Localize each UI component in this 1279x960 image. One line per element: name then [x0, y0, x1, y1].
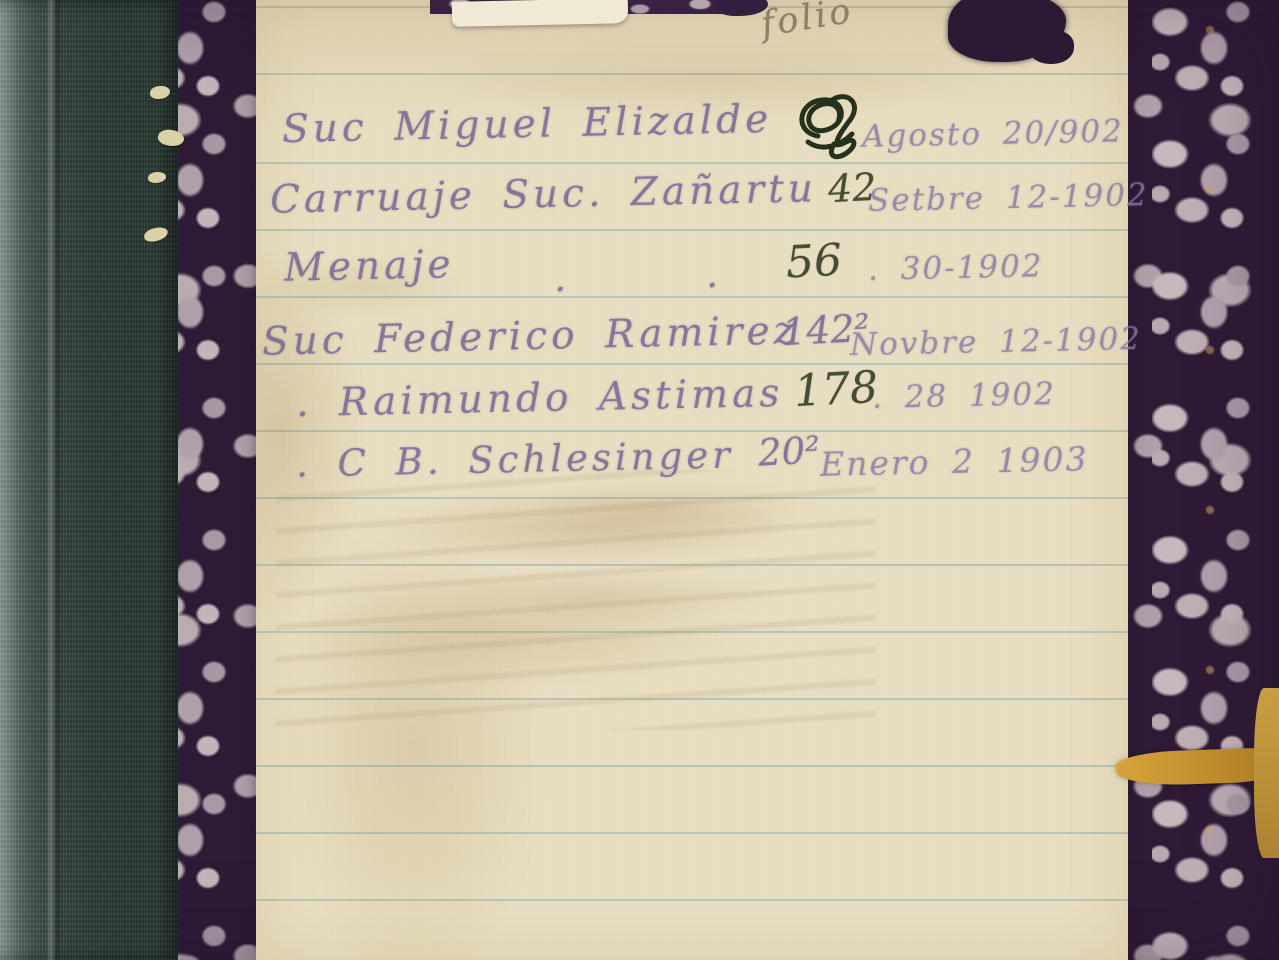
entry-name: Suc Federico Ramirez — [262, 308, 799, 364]
entry-date: Agosto 20/902 — [862, 113, 1125, 154]
torn-label-remnant — [452, 0, 628, 27]
entry-folio-number: 56 — [785, 235, 844, 289]
paper-label: folio Suc Miguel Elizalde Agosto 20/902 … — [256, 0, 1128, 960]
entry-folio-number: 178 — [793, 362, 880, 417]
ink-blot — [1028, 30, 1074, 64]
entry-name: Carruaje Suc. Zañartu — [270, 166, 818, 222]
ink-scribble-icon — [788, 86, 868, 170]
ditto-mark: . — [554, 256, 571, 300]
notebook-cover-photo: folio Suc Miguel Elizalde Agosto 20/902 … — [0, 0, 1279, 960]
gold-damage-edge — [1254, 688, 1279, 858]
entry-name: Suc Miguel Elizalde — [282, 97, 773, 152]
entry-date: Novbre 12-1902 — [850, 321, 1143, 363]
entry-name: . Raimundo Astimas — [296, 371, 784, 426]
entry-folio-number: 20² — [757, 428, 821, 474]
book-spine — [0, 0, 178, 960]
wrinkle-overlay — [276, 470, 876, 730]
entry-date: . 30-1902 — [868, 248, 1044, 288]
entry-name: Menaje — [284, 242, 455, 291]
entry-date: Setbre 12-1902 — [868, 177, 1149, 219]
ditto-mark: . — [706, 252, 723, 296]
spine-ridge — [46, 0, 62, 960]
folio-heading: folio — [758, 0, 856, 45]
entry-name: . C B. Schlesinger — [296, 433, 735, 485]
entry-date: . 28 1902 — [872, 376, 1057, 416]
entry-date: Enero 2 1903 — [820, 439, 1089, 484]
